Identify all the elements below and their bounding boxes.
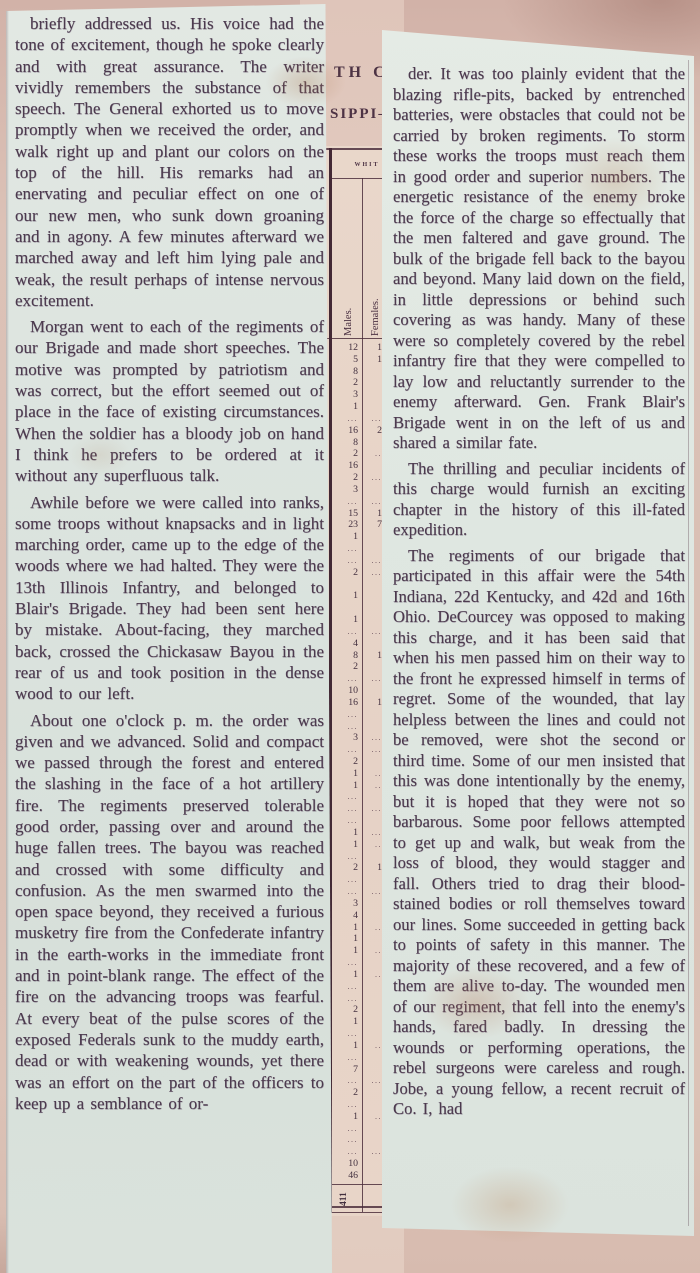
- table-cell: [362, 401, 384, 413]
- table-cell: ...: [329, 957, 362, 969]
- table-cell: 2: [362, 425, 384, 437]
- article-paragraph: The regiments of our brigade that partic…: [393, 546, 685, 1120]
- table-cell: ..: [362, 839, 384, 851]
- table-cell: [362, 1134, 384, 1146]
- table-cell: 10: [329, 1158, 362, 1170]
- table-cell: [362, 1004, 384, 1016]
- table-cell: 16: [329, 425, 362, 437]
- table-cell: ...: [329, 803, 362, 815]
- table-cell: [362, 910, 384, 922]
- table-cell: ...: [362, 555, 384, 567]
- table-cell: 10: [329, 685, 362, 697]
- table-cell: 1: [329, 922, 362, 934]
- table-cell: ..: [362, 1111, 384, 1123]
- torn-edge: [6, 4, 9, 1273]
- table-cell: ..: [362, 768, 384, 780]
- table-cell: ...: [329, 555, 362, 567]
- table-cell: [362, 1087, 384, 1099]
- table-cell: [362, 484, 384, 496]
- table-cell: 3: [329, 898, 362, 910]
- table-cell: 1: [362, 342, 384, 354]
- table-cell: ...: [329, 1052, 362, 1064]
- table-cell: ...: [329, 851, 362, 863]
- table-cell: ...: [329, 413, 362, 425]
- table-cell: 46: [329, 1170, 362, 1182]
- table-cell: 1: [329, 531, 362, 543]
- table-cell: [362, 590, 384, 602]
- table-cell: ...: [362, 886, 384, 898]
- table-cell: ...: [329, 1099, 362, 1111]
- table-cell: ...: [362, 413, 384, 425]
- table-cell: [329, 579, 362, 591]
- total-value: 411: [339, 1186, 349, 1206]
- table-cell: 5: [329, 354, 362, 366]
- table-cell: 15: [329, 508, 362, 520]
- table-cell: ..: [362, 780, 384, 792]
- table-cell: ...: [329, 1075, 362, 1087]
- table-cell: [362, 1028, 384, 1040]
- table-cell: 3: [329, 732, 362, 744]
- table-cell: ...: [329, 721, 362, 733]
- table-cell: ..: [362, 1040, 384, 1052]
- table-cell: 1: [362, 508, 384, 520]
- table-cell: ...: [329, 709, 362, 721]
- table-cell: [362, 638, 384, 650]
- table-cell: ...: [329, 791, 362, 803]
- table-cell: [362, 366, 384, 378]
- table-cell: [362, 579, 384, 591]
- newspaper-clipping-right: der. It was too plainly evident that the…: [382, 24, 694, 1240]
- table-cell: [362, 377, 384, 389]
- table-cell: [362, 993, 384, 1005]
- table-cell: ...: [362, 803, 384, 815]
- table-cell: ...: [362, 827, 384, 839]
- table-cell: [362, 898, 384, 910]
- table-cell: 8: [329, 437, 362, 449]
- table-cell: 2: [329, 377, 362, 389]
- table-cell: [362, 1158, 384, 1170]
- table-cell: 1: [362, 697, 384, 709]
- table-cell: ...: [329, 744, 362, 756]
- table-cell: ...: [362, 673, 384, 685]
- article-paragraph: About one o'clock p. m. the order was gi…: [15, 710, 324, 1115]
- table-cell: [362, 389, 384, 401]
- table-cell: [362, 791, 384, 803]
- table-cell: 16: [329, 697, 362, 709]
- table-cell: [362, 1052, 384, 1064]
- table-cell: ...: [362, 1146, 384, 1158]
- table-cell: [362, 1016, 384, 1028]
- scanned-newspaper-page: TH CE SIPPI—C k- whit 8 months and over.…: [0, 0, 700, 1273]
- table-cell: [362, 661, 384, 673]
- table-cell: 2: [329, 448, 362, 460]
- table-cell: 2: [329, 1087, 362, 1099]
- table-cell: [362, 1099, 384, 1111]
- table-cell: [362, 1123, 384, 1135]
- table-cell: [362, 981, 384, 993]
- table-cell: ..: [362, 922, 384, 934]
- table-cell: ...: [362, 1075, 384, 1087]
- table-cell: ...: [329, 981, 362, 993]
- table-cell: ...: [329, 874, 362, 886]
- table-cell: 4: [329, 638, 362, 650]
- table-cell: 1: [362, 354, 384, 366]
- table-cell: ...: [362, 567, 384, 579]
- table-cell: 1: [329, 933, 362, 945]
- table-cell: ...: [329, 1123, 362, 1135]
- table-cell: [362, 756, 384, 768]
- table-cell: 1: [329, 1016, 362, 1028]
- newspaper-clipping-left: briefly addressed us. His voice had the …: [6, 4, 332, 1273]
- table-cell: [362, 437, 384, 449]
- table-cell: [362, 543, 384, 555]
- table-cell: 1: [329, 945, 362, 957]
- table-cell: 1: [329, 1111, 362, 1123]
- table-cell: ...: [362, 744, 384, 756]
- table-cell: ...: [329, 886, 362, 898]
- table-cell: 16: [329, 460, 362, 472]
- table-cell: 1: [329, 780, 362, 792]
- table-cell: [362, 685, 384, 697]
- table-cell: ...: [362, 472, 384, 484]
- table-cell: [362, 1064, 384, 1076]
- table-cell: [362, 709, 384, 721]
- table-cell: [362, 933, 384, 945]
- table-column-header-males: Males.: [343, 182, 354, 336]
- table-cell: 1: [329, 969, 362, 981]
- table-cell: 1: [329, 839, 362, 851]
- table-cell: ..: [362, 945, 384, 957]
- article-paragraph: Awhile before we were called into ranks,…: [15, 492, 324, 705]
- table-cell: 1: [362, 650, 384, 662]
- table-cell: 1: [329, 1040, 362, 1052]
- table-cell: ...: [329, 1146, 362, 1158]
- table-cell: [362, 957, 384, 969]
- table-cell: ...: [362, 626, 384, 638]
- table-cell: [362, 531, 384, 543]
- table-cell: 2: [329, 567, 362, 579]
- table-cell: 1: [329, 827, 362, 839]
- table-cell: 1: [362, 862, 384, 874]
- table-cell: 1: [329, 768, 362, 780]
- table-cell: ...: [329, 1134, 362, 1146]
- table-cell: [362, 1170, 384, 1182]
- article-paragraph: briefly addressed us. His voice had the …: [15, 13, 324, 311]
- table-cell: ...: [329, 543, 362, 555]
- table-cell: 3: [329, 484, 362, 496]
- table-cell: [329, 602, 362, 614]
- table-cell: 23: [329, 519, 362, 531]
- table-cell: ...: [329, 626, 362, 638]
- table-cell: [362, 851, 384, 863]
- table-cell: 1: [329, 401, 362, 413]
- table-cell: 7: [362, 519, 384, 531]
- table-column-header-females: Females.: [370, 182, 381, 336]
- table-cell: 2: [329, 1004, 362, 1016]
- table-cell: 1: [329, 590, 362, 602]
- table-cell: 8: [329, 650, 362, 662]
- table-cell: ...: [329, 1028, 362, 1040]
- table-cell: [362, 721, 384, 733]
- table-cell: ...: [329, 815, 362, 827]
- table-cell: 2: [329, 661, 362, 673]
- table-cell: ..: [362, 969, 384, 981]
- table-cell: [362, 602, 384, 614]
- table-cell: [362, 460, 384, 472]
- table-cell: ...: [329, 496, 362, 508]
- table-cell: 8: [329, 366, 362, 378]
- table-cell: 4: [329, 910, 362, 922]
- article-paragraph: The thrilling and peculiar incidents of …: [393, 459, 685, 541]
- table-cell: ...: [362, 732, 384, 744]
- table-cell: 2: [329, 472, 362, 484]
- table-cell: 3: [329, 389, 362, 401]
- article-paragraph: der. It was too plainly evident that the…: [393, 64, 685, 454]
- table-cell: ..: [362, 448, 384, 460]
- table-cell: 12: [329, 342, 362, 354]
- column-rule: [688, 60, 689, 1226]
- table-cell: ...: [329, 673, 362, 685]
- table-cell: 2: [329, 756, 362, 768]
- table-cell: 7: [329, 1064, 362, 1076]
- article-paragraph: Morgan went to each of the regiments of …: [15, 316, 324, 486]
- table-cell: [362, 614, 384, 626]
- table-cell: 2: [329, 862, 362, 874]
- table-cell: 1: [329, 614, 362, 626]
- table-cell: [362, 815, 384, 827]
- table-cell: [362, 874, 384, 886]
- table-cell: ...: [362, 496, 384, 508]
- table-cell: ...: [329, 993, 362, 1005]
